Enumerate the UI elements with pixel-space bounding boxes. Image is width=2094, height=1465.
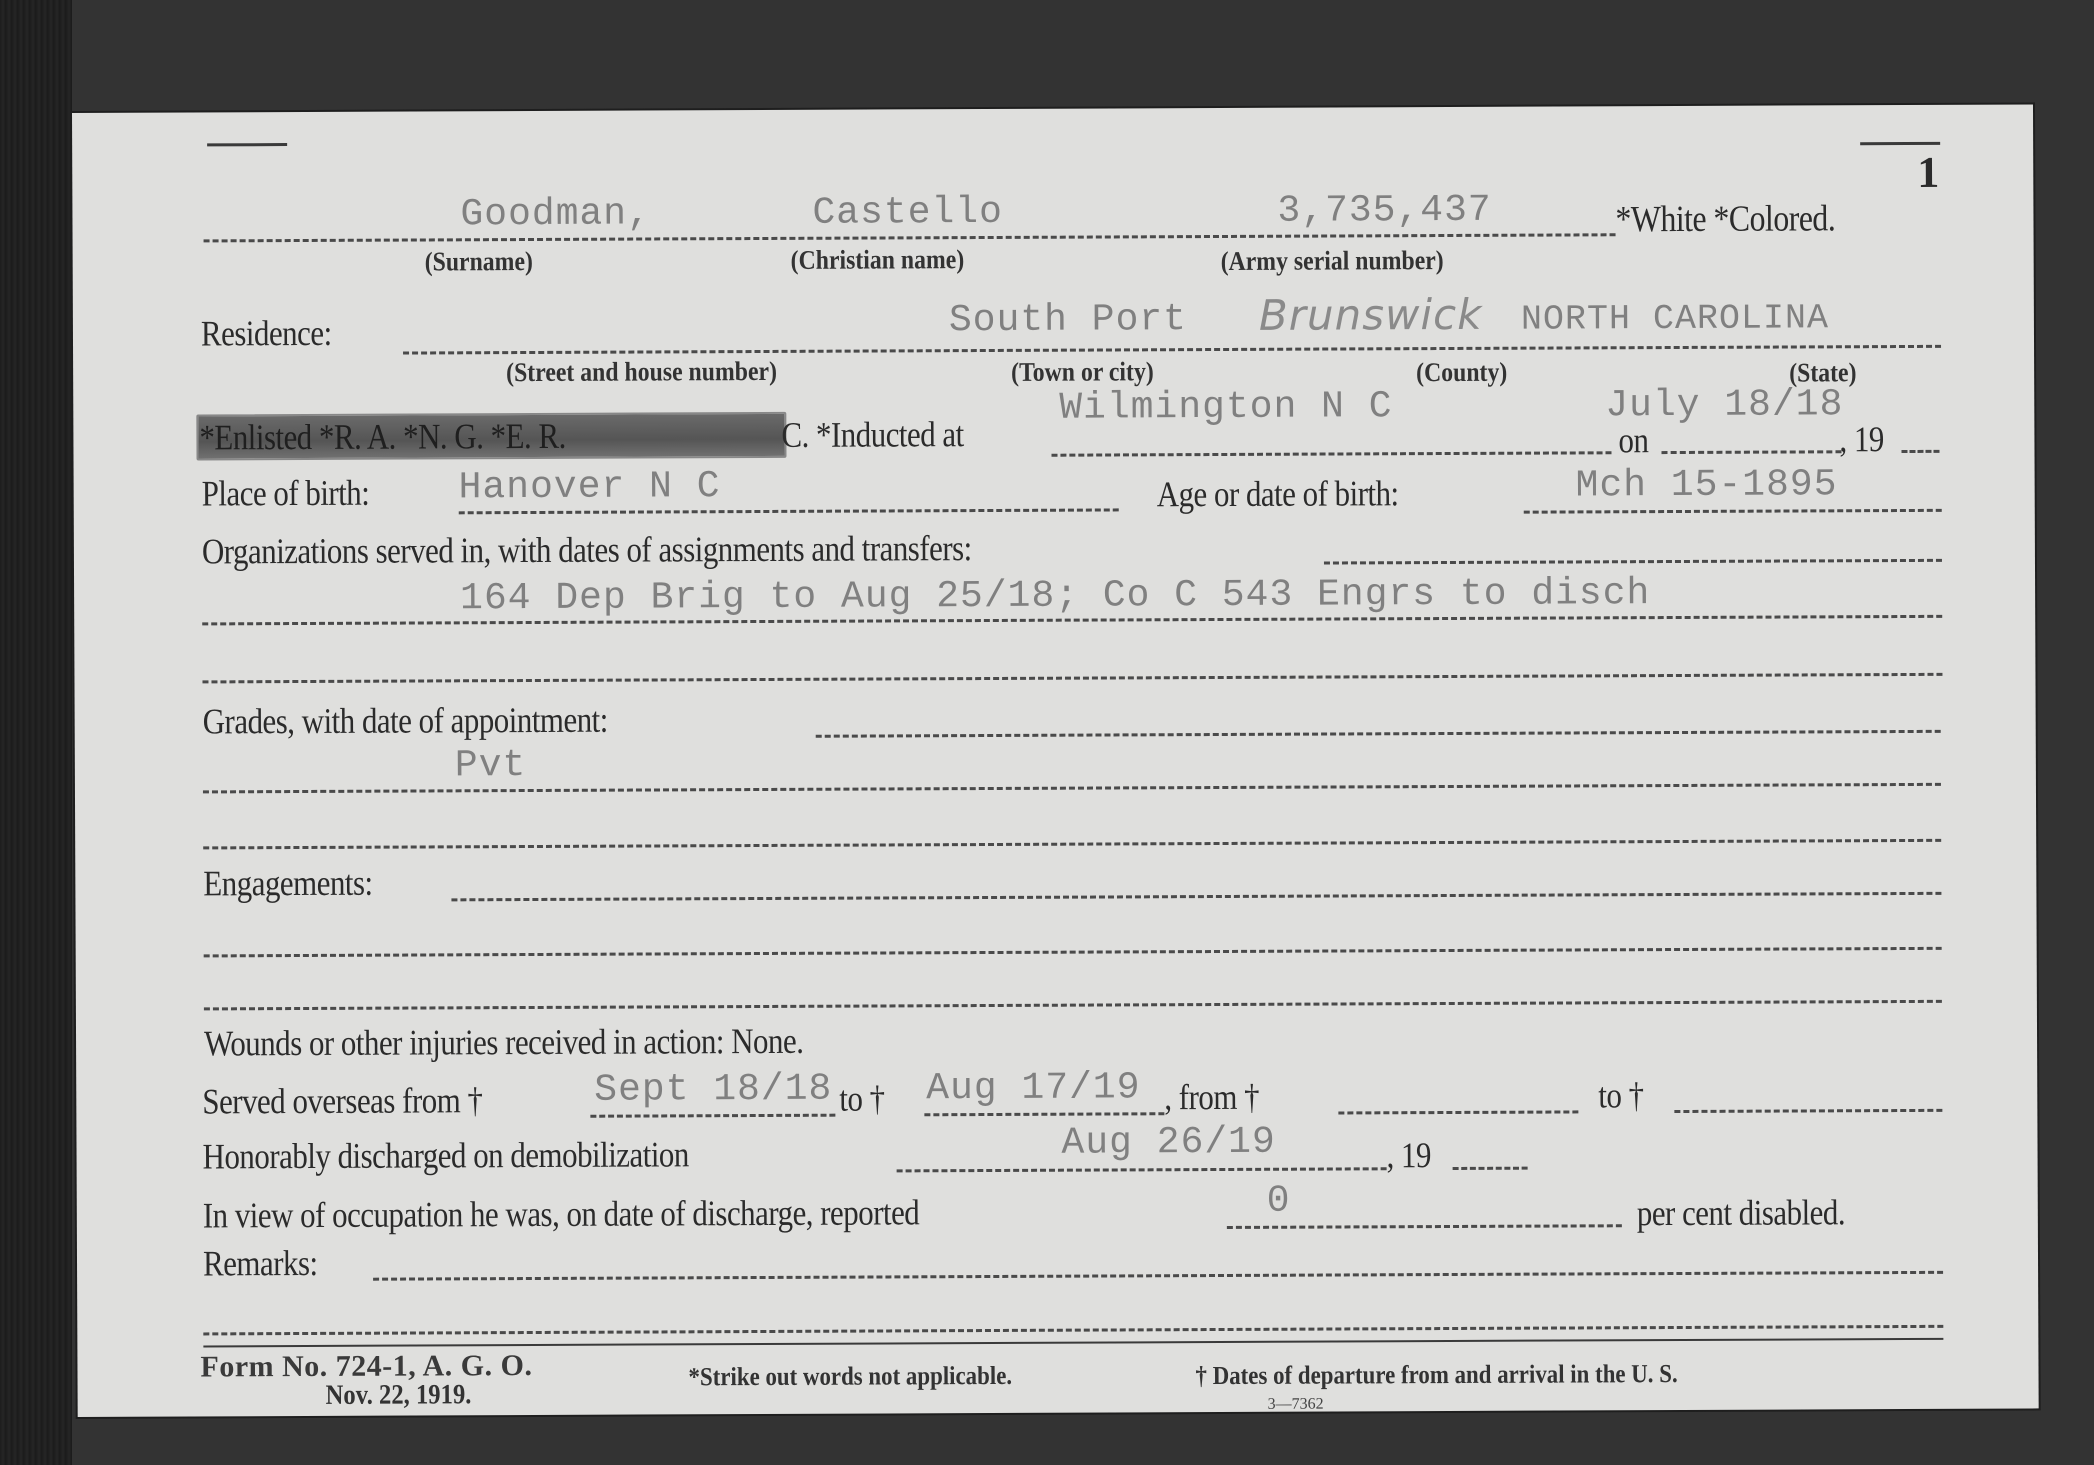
engagements-line-1 xyxy=(451,892,1941,902)
overseas-to-label: to † xyxy=(839,1077,884,1119)
year-line xyxy=(1901,450,1939,453)
enlistment-options-struck: *Enlisted *R. A. *N. G. *E. R. xyxy=(199,415,566,459)
engagements-line-2 xyxy=(204,947,1942,958)
footer-rule xyxy=(203,1338,1943,1348)
corner-mark-right xyxy=(1860,142,1940,145)
disability-value: 0 xyxy=(1267,1180,1291,1223)
name-row-line xyxy=(204,233,1616,242)
remarks-line-1 xyxy=(373,1271,1943,1281)
card-number: 1 xyxy=(1917,147,1939,198)
overseas-to-label-2: to † xyxy=(1598,1074,1643,1116)
date-of-birth-label: Age or date of birth: xyxy=(1157,472,1399,515)
county-label: (County) xyxy=(1416,357,1507,388)
service-record-card: 1 Goodman, Castello 3,735,437 *White *Co… xyxy=(72,104,2039,1417)
town-label: (Town or city) xyxy=(1011,356,1154,388)
inducted-date-line xyxy=(1661,450,1841,454)
print-code: 3—7362 xyxy=(1268,1396,1324,1414)
grades-label: Grades, with date of appointment: xyxy=(203,699,608,743)
engagements-label: Engagements: xyxy=(203,862,372,905)
overseas-from-value: Sept 18/18 xyxy=(594,1068,832,1112)
organizations-line-1 xyxy=(1324,559,1942,565)
remarks-line-2 xyxy=(203,1325,1943,1336)
discharge-date-value: Aug 26/19 xyxy=(1061,1121,1275,1165)
overseas-from-label-2: , from † xyxy=(1164,1076,1259,1118)
inducted-at-label: C. *Inducted at xyxy=(781,413,963,456)
surname-label: (Surname) xyxy=(425,246,533,277)
race-options: *White *Colored. xyxy=(1615,197,1835,241)
disability-label: In view of occupation he was, on date of… xyxy=(203,1191,920,1236)
overseas-from-line-2 xyxy=(1338,1110,1578,1114)
residence-county-value: Brunswick xyxy=(1259,290,1483,340)
organizations-line-3 xyxy=(202,673,1942,684)
overseas-to-value: Aug 17/19 xyxy=(926,1066,1140,1110)
inducted-date-value: July 18/18 xyxy=(1605,383,1843,427)
discharge-line xyxy=(897,1167,1387,1172)
residence-line xyxy=(403,345,1941,355)
christian-name-label: (Christian name) xyxy=(791,244,965,276)
date-of-birth-line xyxy=(1524,509,1942,514)
army-serial-number-label: (Army serial number) xyxy=(1221,245,1444,277)
discharge-year-label: , 19 xyxy=(1386,1134,1431,1176)
discharge-label: Honorably discharged on demobilization xyxy=(202,1133,688,1177)
remarks-label: Remarks: xyxy=(203,1242,318,1284)
served-overseas-label: Served overseas from † xyxy=(202,1079,482,1122)
corner-mark xyxy=(207,143,287,146)
organizations-value: 164 Dep Brig to Aug 25/18; Co C 543 Engr… xyxy=(460,572,1650,620)
residence-state-value: NORTH CAROLINA xyxy=(1521,298,1829,339)
army-serial-number-value: 3,735,437 xyxy=(1277,189,1491,233)
surname-value: Goodman, xyxy=(460,192,651,236)
place-of-birth-value: Hanover N C xyxy=(459,465,721,509)
note-dates-departure: † Dates of departure from and arrival in… xyxy=(1195,1359,1677,1391)
grades-value: Pvt xyxy=(455,744,527,787)
disability-suffix: per cent disabled. xyxy=(1637,1191,1845,1234)
residence-town-value: South Port xyxy=(949,298,1187,342)
place-of-birth-line xyxy=(459,508,1119,514)
scanner-left-edge xyxy=(0,0,72,1465)
overseas-from-line-1 xyxy=(590,1114,835,1118)
disability-line xyxy=(1227,1224,1622,1229)
inducted-at-line xyxy=(1051,451,1611,456)
overseas-to-line-1 xyxy=(924,1112,1164,1116)
grades-line-1 xyxy=(816,730,1941,738)
christian-name-value: Castello xyxy=(812,191,1003,235)
overseas-to-line-2 xyxy=(1674,1109,1942,1113)
date-of-birth-value: Mch 15-1895 xyxy=(1576,463,1838,507)
form-date: Nov. 22, 1919. xyxy=(326,1379,472,1412)
discharge-year-line xyxy=(1453,1167,1528,1170)
inducted-at-value: Wilmington N C xyxy=(1059,385,1392,429)
organizations-label: Organizations served in, with dates of a… xyxy=(202,527,972,572)
street-label: (Street and house number) xyxy=(506,356,777,388)
place-of-birth-label: Place of birth: xyxy=(202,472,370,515)
residence-label: Residence: xyxy=(201,312,332,355)
wounds-label: Wounds or other injuries received in act… xyxy=(204,1020,804,1065)
grades-line-3 xyxy=(203,839,1941,850)
year-label-19: , 19 xyxy=(1839,418,1884,460)
engagements-line-3 xyxy=(204,1000,1942,1011)
note-strike-out: *Strike out words not applicable. xyxy=(688,1361,1012,1392)
